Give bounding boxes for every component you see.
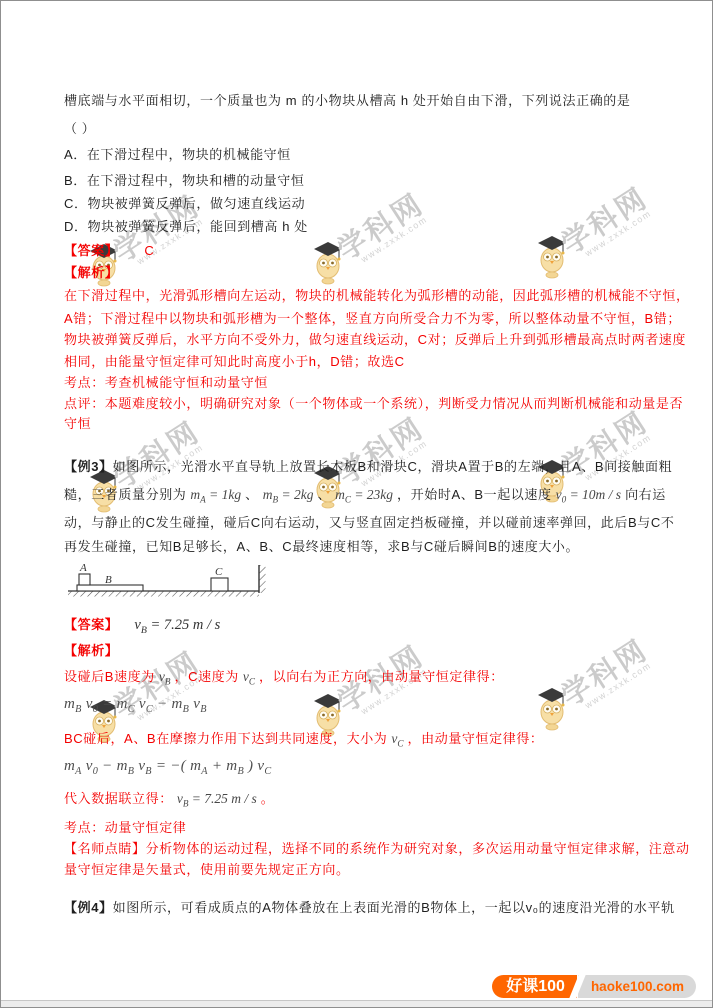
solution-line1: 设碰后B速度为vB，C速度为vC，以向右为正方向，由动量守恒定律得： <box>64 667 504 692</box>
watermark-brand: 学科网 <box>333 190 429 266</box>
example3-figure: A B C <box>63 557 273 605</box>
haoke100-brand[interactable]: 好课100 <box>492 975 577 998</box>
watermark-text: 学科网www.zxxk.com <box>557 184 657 266</box>
analysis-line: 物块被弹簧反弹后，水平方向不受外力，做匀速直线运动，C对；反弹后上升到弧形槽最高… <box>64 330 686 349</box>
solution-text: BC碰后，A、B在摩擦力作用下达到共同速度，大小为 <box>64 731 387 746</box>
separator: 、 <box>245 487 259 502</box>
xuekewang-mascot-icon <box>537 233 567 279</box>
question-stem: 槽底端与水平面相切，一个质量也为 m 的小物块从槽高 h 处开始自由下滑，下列说… <box>64 91 631 110</box>
example3-line2-text: ，开始时A、B一起以速度 <box>397 487 552 502</box>
document-page: 学科网www.zxxk.com 学科网www.zxxk.com 学科网www.z… <box>0 0 713 1008</box>
answer-formula: vB = 7.25 m / s <box>134 617 220 633</box>
haoke100-badge[interactable]: 好课100 haoke100.com <box>492 975 696 998</box>
answer-label: 【答案】 <box>64 617 118 632</box>
separator: 、 <box>317 487 331 502</box>
watermark-url: www.zxxk.com <box>583 205 657 258</box>
watermark: 学科网www.zxxk.com <box>537 635 707 735</box>
watermark-brand: 学科网 <box>557 184 653 260</box>
watermark-text: 学科网www.zxxk.com <box>557 408 657 490</box>
watermark: 学科网www.zxxk.com <box>537 183 707 283</box>
momentum-equation-1: mB v0 = mC vC − mB vB <box>64 695 207 719</box>
analysis-line: A错；下滑过程中以物块和弧形槽为一个整体，竖直方向所受合力不为零，所以整体动量不… <box>64 309 681 328</box>
result-formula: vB = 7.25 m / s <box>177 791 257 806</box>
example4-line1-text: 如图所示，可看成质点的A物体叠放在上表面光滑的B物体上，一起以v₀的速度沿光滑的… <box>113 900 675 915</box>
example3-answer-row: 【答案】vB = 7.25 m / s <box>64 615 224 640</box>
wall-hatching <box>260 565 266 593</box>
solution-line2: BC碰后，A、B在摩擦力作用下达到共同速度，大小为vC，由动量守恒定律得： <box>64 729 544 754</box>
solution-line3: 代入数据联立得：vB = 7.25 m / s。 <box>64 789 274 814</box>
watermark-brand: 学科网 <box>557 636 653 712</box>
vc-symbol: vC <box>243 669 255 684</box>
watermark-brand: 学科网 <box>109 418 205 494</box>
analysis-line: 相同，由能量守恒定律可知此时高度小于h，D错；故选C <box>64 352 405 371</box>
solution-text: 。 <box>261 791 275 806</box>
example3-line1-text: 如图所示，光滑水平直导轨上放置长木板B和滑块C，滑块A置于B的左端，且A、B间接… <box>113 459 673 474</box>
answer-value: C <box>144 243 154 258</box>
watermark-text: 学科网www.zxxk.com <box>557 636 657 718</box>
velocity-formula: v0 = 10m / s <box>556 487 621 502</box>
solution-text: ，C速度为 <box>174 669 238 684</box>
watermark-url: www.zxxk.com <box>583 657 657 710</box>
example3-line3: 动，与静止的C发生碰撞，碰后C向右运动，又与竖直固定挡板碰撞，并以碰前速率弹回，… <box>64 513 674 532</box>
kaodian-line: 考点：动量守恒定律 <box>64 818 186 837</box>
dianping-line: 点评：本题难度较小，明确研究对象（一个物体或一个系统），判断受力情况从而判断机械… <box>64 394 683 413</box>
haoke100-site-link[interactable]: haoke100.com <box>578 975 696 998</box>
example3-line2-text: 糙，三者质量分别为 <box>64 487 186 502</box>
question-brackets: （ ） <box>64 119 95 138</box>
label-b: B <box>105 574 112 586</box>
watermark-text: 学科网www.zxxk.com <box>333 414 433 496</box>
mingshi-line: 量守恒定律是矢量式，使用前要先规定正方向。 <box>64 860 350 879</box>
analysis-label: 【解析】 <box>64 263 118 282</box>
bottom-strip <box>1 1000 712 1007</box>
example3-line2: 糙，三者质量分别为mA = 1kg、mB = 2kg、mC = 23kg，开始时… <box>64 485 666 510</box>
xuekewang-mascot-icon <box>537 685 567 731</box>
example3-line4: 再发生碰撞，已知B足够长，A、B、C最终速度相等，求B与C碰后瞬间B的速度大小。 <box>64 537 579 556</box>
answer-label: 【答案】 <box>64 243 118 258</box>
solution-text: 代入数据联立得： <box>64 791 173 806</box>
option-c: C．物块被弹簧反弹后，做匀速直线运动 <box>64 194 305 213</box>
kaodian-line: 考点：考查机械能守恒和动量守恒 <box>64 373 268 392</box>
answer-row: 【答案】C <box>64 241 154 260</box>
option-a: A．在下滑过程中，物块的机械能守恒 <box>64 145 291 164</box>
analysis-line: 在下滑过程中，光滑弧形槽向左运动，物块的机械能转化为弧形槽的动能，因此弧形槽的机… <box>64 286 690 305</box>
watermark: 学科网www.zxxk.com <box>313 189 483 289</box>
mass-c-formula: mC = 23kg <box>335 487 393 502</box>
example3-title: 【例3】 <box>64 459 113 474</box>
watermark-url: www.zxxk.com <box>359 211 433 264</box>
mingshi-line: 【名师点睛】分析物体的运动过程，选择不同的系统作为研究对象，多次运用动量守恒定律… <box>64 839 690 858</box>
solution-text: 设碰后B速度为 <box>64 669 155 684</box>
example3-line1: 【例3】如图所示，光滑水平直导轨上放置长木板B和滑块C，滑块A置于B的左端，且A… <box>64 457 672 476</box>
block-a <box>79 574 90 585</box>
mass-b-formula: mB = 2kg <box>263 487 314 502</box>
solution-text: ，由动量守恒定律得： <box>408 731 544 746</box>
example4-line1: 【例4】如图所示，可看成质点的A物体叠放在上表面光滑的B物体上，一起以v₀的速度… <box>64 898 675 917</box>
mass-a-formula: mA = 1kg <box>190 487 241 502</box>
watermark-text: 学科网www.zxxk.com <box>333 190 433 272</box>
solution-text: ，以向右为正方向，由动量守恒定律得： <box>259 669 504 684</box>
example4-title: 【例4】 <box>64 900 113 915</box>
ground-hatching <box>68 592 259 597</box>
momentum-equation-2: mA v0 − mB vB = −( mA + mB ) vC <box>64 757 271 781</box>
watermark-brand: 学科网 <box>333 414 429 490</box>
option-d: D．物块被弹簧反弹后，能回到槽高 h 处 <box>64 217 308 236</box>
xuekewang-mascot-icon <box>313 239 343 285</box>
vb-symbol: vB <box>159 669 171 684</box>
label-a: A <box>79 562 87 574</box>
label-c: C <box>215 566 223 578</box>
vc-symbol: vC <box>391 731 403 746</box>
block-c <box>211 578 228 591</box>
option-b: B．在下滑过程中，物块和槽的动量守恒 <box>64 171 304 190</box>
example3-line2-text: 向右运 <box>625 487 666 502</box>
analysis-label: 【解析】 <box>64 641 118 660</box>
dianping-line: 守恒 <box>64 414 91 433</box>
